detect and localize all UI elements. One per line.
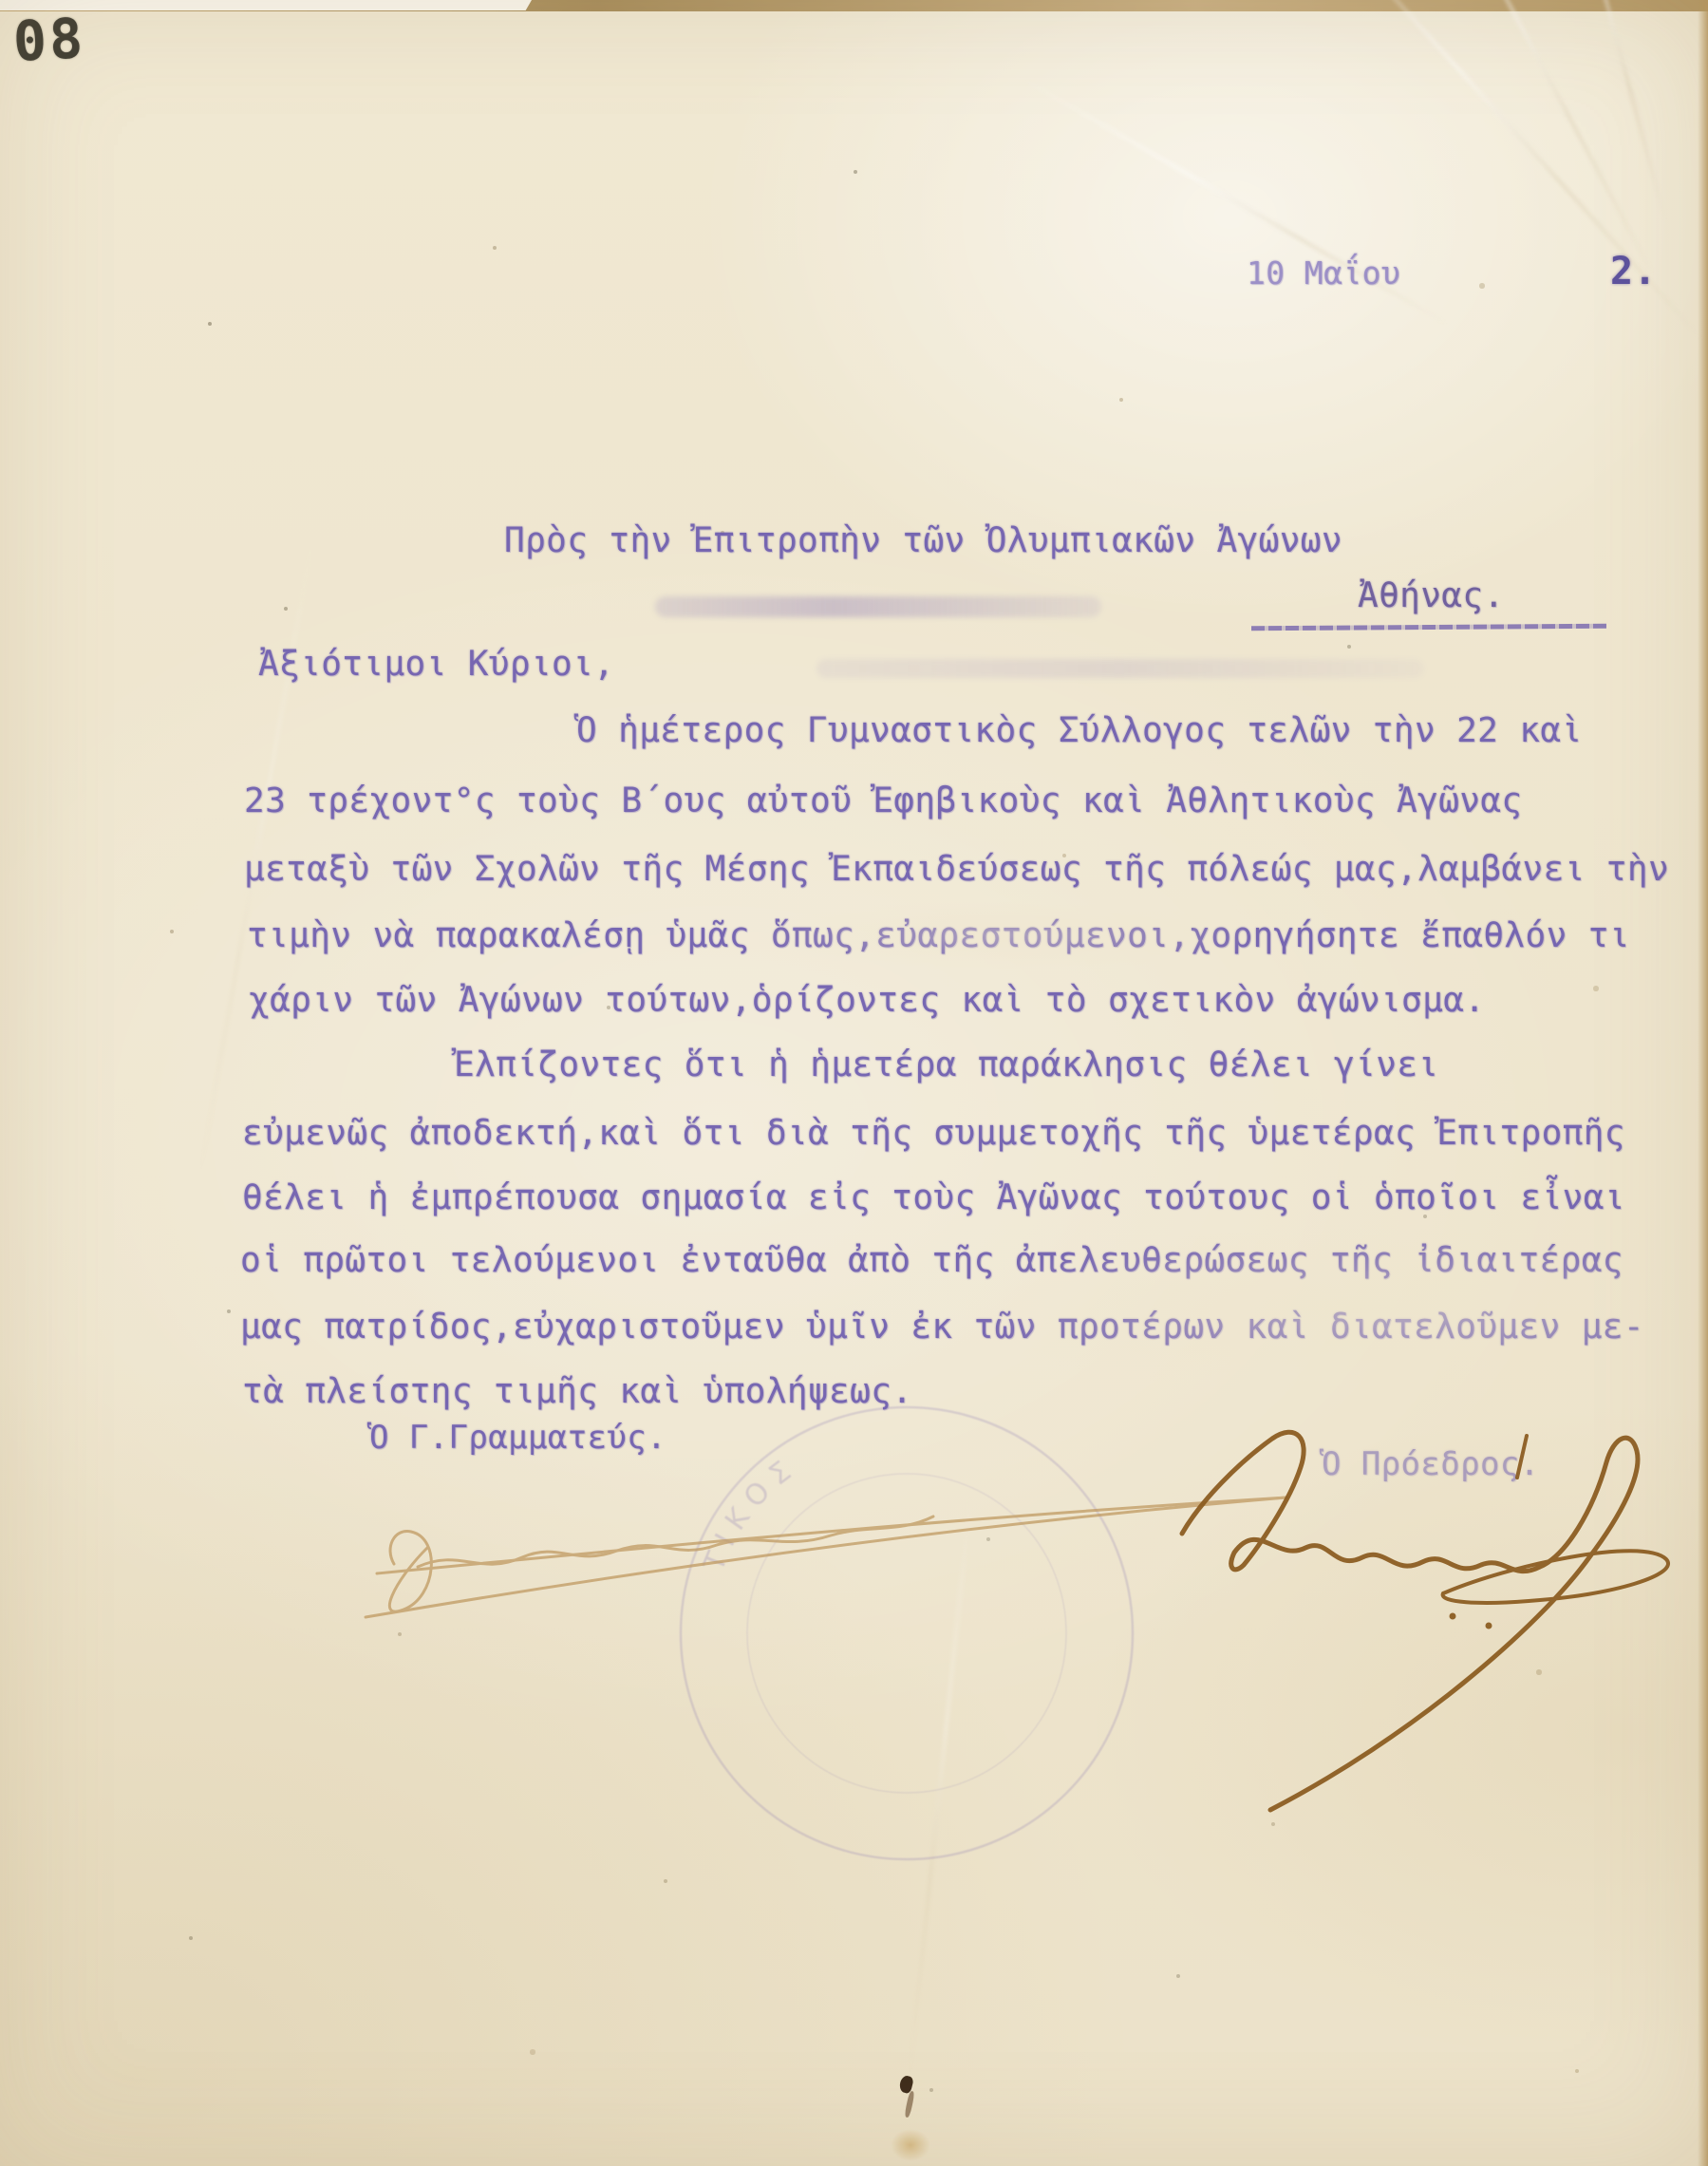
body-line: μας πατρίδος,εὐχαριστοῦμεν ὑμῖν ἐκ τῶν π… xyxy=(240,1307,1644,1347)
president-signature-autograph xyxy=(1168,1396,1708,1842)
date-line: 10 Μαΐου xyxy=(1247,254,1400,292)
paper-crease xyxy=(1561,0,1667,223)
secretary-signature-autograph xyxy=(337,1458,1305,1648)
body-line: τιμὴν νὰ παρακαλέσῃ ὑμᾶς ὅπως,εὐαρεστούμ… xyxy=(247,915,1630,956)
foxing-specks xyxy=(0,0,2,2)
body-line: Ὁ ἡμέτερος Γυμναστικὸς Σύλλογος τελῶν τὴ… xyxy=(576,710,1583,751)
city-underline xyxy=(1251,624,1606,631)
body-line: μεταξὺ τῶν Σχολῶν τῆς Μέσης Ἐκπαιδεύσεως… xyxy=(244,849,1669,890)
paper-crease xyxy=(1421,0,1656,277)
recipient-city: Ἀθήνας. xyxy=(1358,575,1505,616)
recipient-line: Πρὸς τὴν Ἐπιτροπὴν τῶν Ὀλυμπιακῶν Ἀγώνων xyxy=(504,520,1342,561)
stain-spot xyxy=(891,2129,930,2161)
body-line: 23 τρέχοντ°ς τοὺς Β΄ους αὐτοῦ Ἐφηβικοὺς … xyxy=(244,781,1523,821)
salutation-line: Ἀξιότιμοι Κύριοι, xyxy=(258,644,614,685)
ghost-ink-smudge xyxy=(816,659,1424,678)
body-line: εὐμενῶς ἀποδεκτή,καὶ ὅτι διὰ τῆς συμμετο… xyxy=(242,1113,1625,1154)
body-line: Ἐλπίζοντες ὅτι ἡ ἡμετέρα παράκλησις θέλε… xyxy=(454,1045,1438,1085)
page-number: 2. xyxy=(1610,249,1657,294)
archive-number-stamp: 08 xyxy=(11,6,86,74)
ink-blot-tail xyxy=(904,2091,915,2119)
body-line: θέλει ἡ ἐμπρέπουσα σημασία εἰς τοὺς Ἀγῶν… xyxy=(242,1177,1625,1218)
ghost-ink-smudge xyxy=(655,596,1101,617)
body-line: χάριν τῶν Ἀγώνων τούτων,ὁρίζοντες καὶ τὸ… xyxy=(249,980,1485,1021)
body-line: οἱ πρῶτοι τελούμενοι ἐνταῦθα ἀπὸ τῆς ἀπε… xyxy=(240,1240,1624,1281)
scanned-letter-page: 08 10 Μαΐου 2. Πρὸς τὴν Ἐπιτροπὴν τῶν Ὀλ… xyxy=(0,0,1708,2166)
